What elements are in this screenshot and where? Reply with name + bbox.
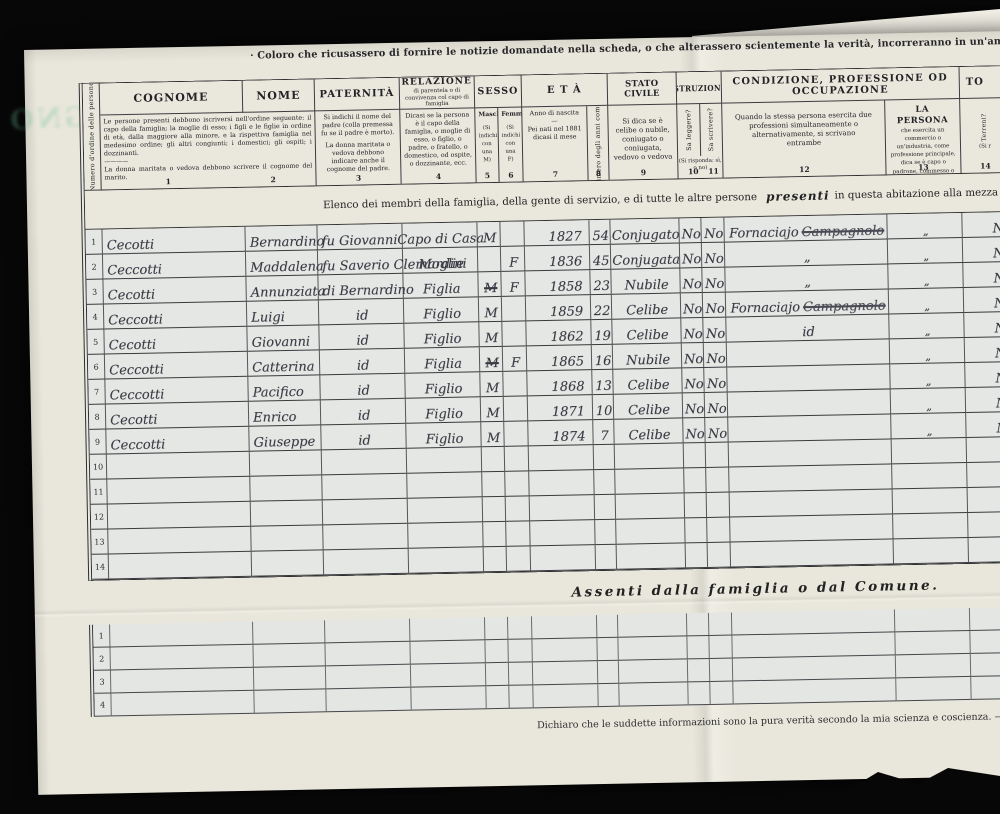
cell-sesso-maschio: M: [480, 372, 503, 397]
column-eta-title: E T À: [522, 74, 609, 108]
row-number: 4: [87, 305, 104, 330]
column-condizione-title: CONDIZIONE, PROFESSIONE OD OCCUPAZIONE: [722, 67, 961, 104]
cell-nome: Giuseppe: [249, 425, 321, 451]
cell-persona: [896, 654, 971, 678]
cell-sa-leggere: No: [683, 418, 705, 443]
cell-nome: [251, 500, 323, 526]
cell-sesso-maschio: [483, 497, 506, 522]
cell-sesso-femmina: [505, 471, 529, 496]
cell-nome: Giovanni: [247, 325, 319, 351]
relazione-subtitle: di parentela o di convivenza col capo di…: [400, 88, 474, 109]
cell-anno-nascita: 1871: [528, 395, 593, 421]
cell-anno-nascita: [530, 495, 595, 521]
cell-stato-civile: Nubile: [611, 268, 680, 294]
cell-sesso-maschio: M: [479, 322, 502, 347]
cell-sesso-femmina: F: [501, 271, 525, 296]
row-number: 12: [91, 504, 108, 529]
cell-occupazione: „: [725, 264, 888, 292]
iscrizione-note-cell: Le persone presenti debbono iscriversi n…: [100, 111, 316, 189]
cell-terreni: [967, 437, 1000, 463]
cell-persona: „: [888, 238, 963, 264]
cell-sesso-femmina: [504, 396, 528, 421]
cell-anno-nascita: [533, 661, 598, 685]
cell-cognome: Cecotti: [106, 402, 249, 430]
row-number: 2: [93, 647, 110, 670]
strikethrough-text: Campagnolo: [801, 225, 884, 240]
cell-anno-nascita: 1827: [524, 220, 589, 246]
cell-relazione: Figlio: [406, 422, 481, 448]
cell-sa-scrivere: [706, 468, 729, 493]
row-number: 8: [89, 404, 106, 429]
cell-occupazione: [728, 414, 891, 442]
cell-persona: [893, 513, 968, 539]
cell-sa-leggere: No: [680, 268, 702, 293]
cell-sesso-maschio: [485, 617, 508, 640]
cell-terreni: No: [966, 387, 1000, 413]
cell-paternita: [322, 449, 407, 476]
cell-nome: Pacifico: [248, 375, 320, 401]
cell-sa-leggere: [686, 543, 708, 568]
cell-stato-civile: Celibe: [612, 293, 681, 319]
cell-paternita: [326, 688, 411, 713]
cell-persona: [895, 631, 970, 655]
cell-sesso-maschio: M: [478, 272, 501, 297]
cell-occupazione: [728, 389, 891, 417]
cell-sa-scrivere: No: [705, 418, 728, 443]
cell-relazione: Moglie: [403, 247, 478, 273]
column-number-3: 3: [316, 173, 400, 184]
cell-sesso-maschio: [482, 447, 505, 472]
cell-nome: Enrico: [249, 400, 321, 426]
cell-relazione: Figlio: [404, 297, 479, 323]
elenco-prefix: Elenco dei membri della famiglia, della …: [323, 191, 757, 211]
cell-cognome: [111, 691, 254, 717]
cell-persona: „: [887, 213, 962, 239]
cell-relazione: [409, 547, 484, 573]
cell-sa-leggere: No: [682, 368, 704, 393]
column-number-7: 7: [523, 170, 587, 181]
cell-cognome: [108, 502, 251, 530]
cell-persona: „: [890, 363, 965, 389]
cell-persona: [894, 538, 969, 564]
cell-relazione: [407, 472, 482, 498]
cell-cognome: Cecotti: [103, 277, 246, 305]
cell-paternita: [326, 665, 411, 690]
cell-occupazione: [729, 439, 892, 467]
column-number-10: 10: [688, 167, 699, 177]
cell-anno-nascita: [532, 638, 597, 662]
cell-occupazione: [731, 539, 894, 567]
cell-occupazione: id: [726, 314, 889, 342]
cell-anni-compiuti: [595, 495, 616, 520]
cell-stato-civile: Celibe: [614, 393, 683, 419]
due-professioni-note-cell: Quando la stessa persona esercita due pr…: [722, 100, 886, 177]
cell-sesso-maschio: M: [477, 222, 500, 247]
cell-anni-compiuti: [594, 470, 615, 495]
cell-relazione: [408, 497, 483, 523]
cell-stato-civile: [616, 493, 685, 519]
cell-sesso-femmina: [506, 521, 530, 546]
cell-paternita: id: [320, 374, 405, 401]
cell-sa-leggere: [685, 493, 707, 518]
column-number-8: 8: [588, 169, 608, 179]
cell-cognome: [111, 668, 254, 694]
cell-sa-leggere: No: [680, 243, 702, 268]
femmina-cell: Femmina (Si indichi con una F) 6: [498, 107, 523, 181]
cell-occupazione: „: [725, 239, 888, 267]
cell-cognome: [107, 477, 250, 505]
cell-cognome: Cecotti: [104, 327, 247, 355]
cell-anni-compiuti: 7: [593, 420, 614, 445]
column-number-12: 12: [723, 164, 885, 177]
cell-nome: Luigi: [247, 300, 319, 326]
assenti-table: 1234: [89, 607, 1000, 717]
maschio-cell: Maschio (Si indichi con una M) 5: [475, 108, 499, 182]
cell-sa-scrivere: No: [704, 368, 727, 393]
elenco-suffix: in questa abitazione alla mezza: [834, 186, 998, 201]
cell-sa-scrivere: No: [701, 218, 724, 243]
cell-sa-scrivere: [710, 682, 733, 705]
cell-paternita: [325, 619, 410, 644]
cell-anno-nascita: [531, 545, 596, 571]
cell-terreni: [969, 537, 1000, 563]
cell-stato-civile: [619, 659, 688, 683]
cell-nome: [250, 450, 322, 476]
cell-paternita: [322, 474, 407, 501]
cell-occupazione: [730, 514, 893, 542]
cell-anno-nascita: [529, 470, 594, 496]
cell-terreni: [968, 487, 1000, 513]
cell-paternita: id: [319, 324, 404, 351]
cell-nome: Maddalena: [246, 250, 318, 276]
cell-paternita: [325, 642, 410, 667]
cell-relazione: [410, 640, 485, 664]
column-number-6: 6: [499, 171, 522, 181]
cell-sesso-maschio: [486, 686, 509, 709]
cell-stato-civile: [615, 468, 684, 494]
cell-persona: „: [891, 388, 966, 414]
cell-nome: [252, 550, 324, 576]
cell-terreni: [970, 607, 1000, 631]
row-number: 2: [86, 255, 103, 280]
cell-sa-scrivere: No: [704, 343, 727, 368]
cell-sa-leggere: [684, 443, 706, 468]
cell-sesso-femmina: [502, 296, 526, 321]
cell-cognome: Cecotti: [102, 227, 245, 255]
cell-sesso-maschio: M: [481, 422, 504, 447]
cell-sesso-maschio: [486, 663, 509, 686]
cell-sa-scrivere: No: [702, 268, 725, 293]
cell-stato-civile: [616, 518, 685, 544]
cell-relazione: [411, 663, 486, 687]
cell-relazione: Figlio: [406, 397, 481, 423]
cell-anno-nascita: 1874: [528, 420, 593, 446]
cell-persona: „: [888, 263, 963, 289]
cell-anni-compiuti: 13: [592, 370, 613, 395]
cell-paternita: [323, 524, 408, 551]
cell-persona: [892, 463, 967, 489]
cell-anno-nascita: 1836: [525, 245, 590, 271]
cell-anni-compiuti: 19: [591, 320, 612, 345]
cell-persona: [893, 488, 968, 514]
cell-anno-nascita: 1859: [526, 295, 591, 321]
cell-paternita: id: [319, 299, 404, 326]
cell-sa-scrivere: [706, 443, 729, 468]
cell-sesso-maschio: [482, 472, 505, 497]
cell-anni-compiuti: [594, 445, 615, 470]
row-number: 14: [92, 554, 109, 579]
column-number-5: 5: [476, 171, 498, 181]
cell-sesso-femmina: [502, 321, 526, 346]
cell-terreni: No: [965, 337, 1000, 363]
column-number-9: 9: [609, 168, 677, 179]
column-sesso-title: SESSO: [475, 75, 523, 108]
cell-sesso-maschio: [485, 640, 508, 663]
cell-stato-civile: Celibe: [614, 418, 683, 444]
cell-sa-scrivere: No: [703, 293, 726, 318]
cell-relazione: Figlia: [403, 272, 478, 298]
column-stato-civile-title: STATO CIVILE: [608, 72, 678, 105]
column-number-1: 1: [166, 178, 171, 188]
cell-nome: Catterina: [248, 350, 320, 376]
column-number-2: 2: [271, 176, 276, 186]
paternita-note-cell: Si indichi il nome del padre (colla prem…: [315, 110, 401, 186]
cell-nome: Bernardino: [245, 225, 317, 251]
cell-sesso-femmina: [509, 685, 533, 708]
cell-sesso-femmina: [508, 616, 532, 639]
cell-cognome: Ceccotti: [103, 252, 246, 280]
cell-relazione: Figlio: [404, 322, 479, 348]
column-rownum-header: Numero d'ordine delle persone: [83, 84, 102, 190]
cell-sesso-femmina: [509, 662, 533, 685]
cell-sa-leggere: No: [679, 218, 701, 243]
cell-cognome: [109, 552, 252, 580]
cell-stato-civile: [618, 613, 687, 637]
cell-anno-nascita: 1865: [527, 345, 592, 371]
cell-nome: [253, 620, 325, 644]
cell-stato-civile: Celibe: [613, 368, 682, 394]
relazione-note-cell: Dicasi se la persona è il capo della fam…: [400, 108, 476, 183]
cell-terreni: No: [964, 287, 1000, 313]
cell-sa-leggere: [688, 682, 710, 705]
cell-sesso-maschio: [478, 247, 501, 272]
cell-terreni: [968, 512, 1000, 538]
table-header: Numero d'ordine delle persone COGNOME NO…: [83, 66, 1000, 191]
cell-relazione: Figlio: [405, 372, 480, 398]
cell-sesso-femmina: [505, 446, 529, 471]
cell-anni-compiuti: 23: [590, 270, 611, 295]
cell-anno-nascita: [530, 520, 595, 546]
rownum-rotated-label: Numero d'ordine delle persone: [87, 84, 97, 190]
cell-occupazione: [733, 678, 896, 704]
cell-relazione: Figlia: [405, 347, 480, 373]
cell-terreni: [967, 462, 1000, 488]
sa-leggere-label: Sa leggere?: [677, 104, 700, 156]
cell-paternita: fu Giovanni: [317, 224, 402, 251]
cell-sesso-maschio: [483, 522, 506, 547]
cell-paternita: id: [321, 399, 406, 426]
cell-cognome: [107, 452, 250, 480]
cell-sa-scrivere: [708, 543, 731, 568]
cell-sa-scrivere: [707, 493, 730, 518]
column-number-11: 11: [708, 167, 719, 177]
column-relazione-title: RELAZIONE di parentela o di convivenza c…: [400, 76, 476, 109]
cell-sa-leggere: [684, 468, 706, 493]
cell-occupazione: [727, 364, 890, 392]
cell-persona: [896, 677, 971, 701]
cell-nome: [254, 666, 326, 690]
column-14-title: TO: [959, 66, 1000, 99]
cell-persona: [895, 608, 970, 632]
cell-persona: „: [889, 313, 964, 339]
cell-occupazione: [732, 609, 895, 635]
cell-sa-leggere: No: [681, 318, 703, 343]
cell-terreni: No: [966, 412, 1000, 438]
cell-stato-civile: [617, 543, 686, 569]
cell-anni-compiuti: [597, 638, 618, 661]
cell-occupazione: [729, 464, 892, 492]
cell-relazione: [408, 522, 483, 548]
cell-sa-leggere: [687, 636, 709, 659]
cell-terreni: [971, 653, 1000, 677]
family-rows: 1CecottiBernardinofu GiovanniCapo di Cas…: [85, 212, 1000, 580]
cell-sa-scrivere: [709, 636, 732, 659]
cell-sa-leggere: [688, 659, 710, 682]
census-form-sheet: AZIONE DEL REGNO · Coloro che ricusasser…: [24, 31, 1000, 795]
cell-anni-compiuti: 10: [593, 395, 614, 420]
cell-anni-compiuti: [598, 661, 619, 684]
cell-paternita: fu Saverio Clemardini: [318, 249, 403, 276]
cell-terreni: [970, 630, 1000, 654]
cell-sesso-maschio: M: [480, 347, 503, 372]
cell-nome: [250, 475, 322, 501]
cell-sesso-maschio: M: [481, 397, 504, 422]
cell-relazione: [407, 447, 482, 473]
cell-occupazione: [733, 655, 896, 681]
row-number: 11: [90, 479, 107, 504]
cell-relazione: [411, 686, 486, 710]
cell-sa-scrivere: No: [705, 393, 728, 418]
cell-sa-scrivere: [707, 518, 730, 543]
cell-sesso-maschio: [484, 547, 507, 572]
istruzione-cell: Sa leggere? Sa scrivere? (Si risponda: s…: [677, 104, 723, 179]
cell-sesso-femmina: F: [503, 346, 527, 371]
cell-cognome: Ceccotti: [105, 352, 248, 380]
cell-anno-nascita: 1868: [527, 370, 592, 396]
cell-cognome: [108, 527, 251, 555]
cell-sa-scrivere: [709, 613, 732, 636]
cell-sesso-maschio: M: [479, 297, 502, 322]
cell-sa-leggere: No: [681, 293, 703, 318]
cell-sa-leggere: [685, 518, 707, 543]
penalty-notice: · Coloro che ricusassero di fornire le n…: [250, 35, 1000, 62]
row-number: 10: [90, 454, 107, 479]
cell-terreni: [971, 676, 1000, 700]
sa-scrivere-label: Sa scrivere?: [700, 104, 722, 156]
cell-paternita: [324, 549, 409, 576]
cell-terreni: No: [964, 312, 1000, 338]
cell-stato-civile: [618, 636, 687, 660]
cell-relazione: [410, 617, 485, 641]
cell-occupazione: [732, 632, 895, 658]
row-number: 4: [94, 693, 111, 716]
cell-anni-compiuti: [597, 615, 618, 638]
cell-persona: „: [889, 288, 964, 314]
cell-sa-leggere: [687, 613, 709, 636]
cell-stato-civile: [619, 682, 688, 706]
terreni-cell: Terreni? (Si r 14: [960, 98, 1000, 173]
cell-terreni: No: [963, 262, 1000, 288]
cell-sesso-femmina: [508, 639, 532, 662]
cell-cognome: Ceccotti: [104, 302, 247, 330]
cell-stato-civile: Nubile: [613, 343, 682, 369]
row-number: 3: [94, 670, 111, 693]
column-number-4: 4: [401, 172, 475, 183]
cell-stato-civile: [615, 443, 684, 469]
cell-persona: „: [891, 413, 966, 439]
cell-persona: „: [890, 338, 965, 364]
cell-anno-nascita: [533, 684, 598, 708]
column-nome-title: NOME: [243, 79, 316, 112]
column-paternita-title: PATERNITÀ: [315, 78, 401, 112]
cell-terreni: No: [962, 212, 1000, 238]
row-number: 5: [87, 330, 104, 355]
row-number: 13: [91, 529, 108, 554]
strikethrough-text: Campagnolo: [803, 300, 886, 315]
cell-sa-scrivere: [710, 659, 733, 682]
cell-stato-civile: Celibe: [612, 318, 681, 344]
cell-anni-compiuti: 45: [590, 245, 611, 270]
cell-terreni: No: [965, 362, 1000, 388]
cell-nome: [253, 643, 325, 667]
cell-occupazione: FornaciajoCampagnolo: [726, 289, 889, 317]
column-number-14: 14: [961, 162, 1000, 173]
cell-paternita: id: [321, 424, 406, 451]
cell-persona: [892, 438, 967, 464]
cell-paternita: id: [320, 349, 405, 376]
cell-sesso-femmina: [503, 371, 527, 396]
cell-sesso-femmina: [506, 496, 530, 521]
cell-relazione: Capo di Casa: [402, 222, 477, 248]
cell-occupazione: [727, 339, 890, 367]
cell-anni-compiuti: [596, 545, 617, 570]
cell-anno-nascita: [532, 615, 597, 639]
cell-cognome: [110, 645, 253, 671]
family-members-table: Numero d'ordine delle persone COGNOME NO…: [79, 65, 1000, 581]
cell-anno-nascita: 1858: [525, 270, 590, 296]
cell-sa-leggere: No: [683, 393, 705, 418]
column-cognome-title: COGNOME: [100, 81, 244, 116]
cell-nome: Annunziata: [246, 275, 318, 301]
cell-cognome: Ceccotti: [105, 377, 248, 405]
assenti-rows: 1234: [93, 607, 1000, 717]
cell-anno-nascita: 1862: [526, 320, 591, 346]
cell-anni-compiuti: [598, 684, 619, 707]
row-number: 1: [85, 230, 102, 255]
cell-occupazione: FornaciajoCampagnolo: [724, 214, 887, 242]
column-istruzione-title: ISTRUZIONE: [677, 72, 723, 105]
cell-sesso-femmina: [507, 546, 531, 571]
row-number: 7: [88, 379, 105, 404]
cell-nome: [254, 689, 326, 713]
row-number: 6: [88, 355, 105, 380]
cell-anni-compiuti: 22: [591, 295, 612, 320]
cell-cognome: [110, 622, 253, 648]
cell-anni-compiuti: [595, 520, 616, 545]
cell-sesso-femmina: [500, 221, 524, 246]
cell-terreni: No: [963, 237, 1000, 263]
declaration-line: Dichiaro che le suddette informazioni so…: [537, 710, 1000, 732]
